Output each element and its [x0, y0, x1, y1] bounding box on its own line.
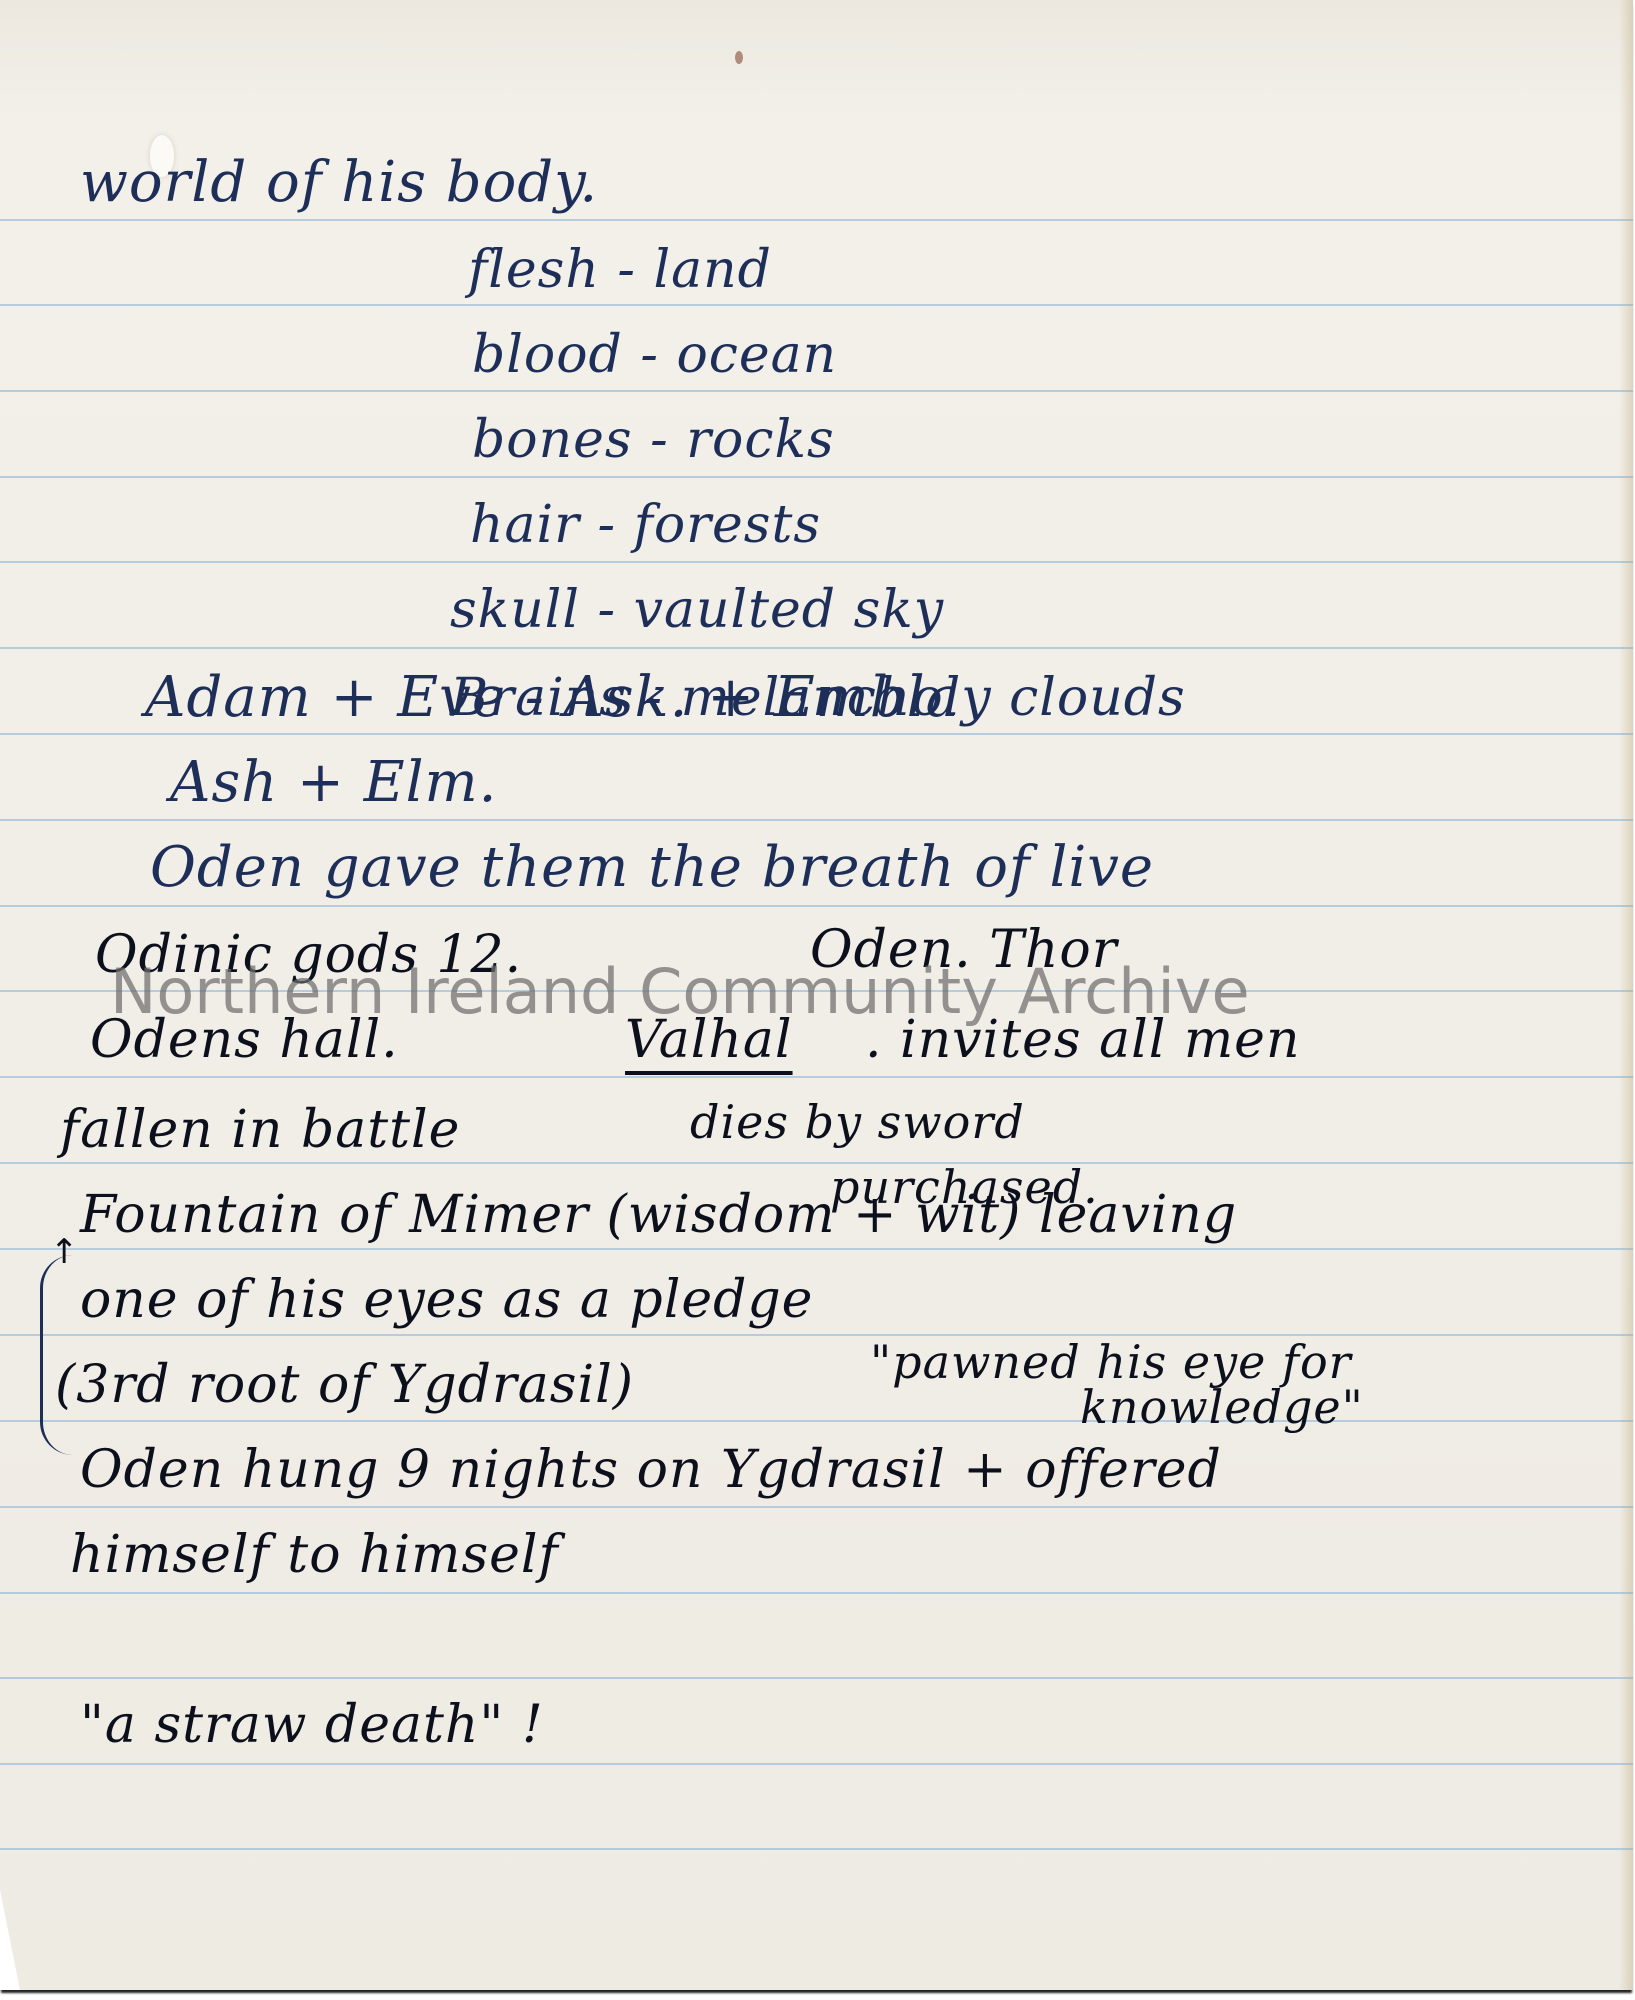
ruled-line	[0, 561, 1633, 563]
text-line: Oden hung 9 nights on Ygdrasil + offered	[80, 1440, 1222, 1500]
ruled-line	[0, 1420, 1633, 1422]
text-line: world of his body.	[80, 150, 598, 215]
ruled-line	[0, 1848, 1633, 1850]
ruled-line	[0, 1592, 1633, 1594]
ruled-line	[0, 390, 1633, 392]
ruled-line	[0, 1506, 1633, 1508]
ruled-line	[0, 1248, 1633, 1250]
ruled-line	[0, 1076, 1633, 1078]
archive-watermark: Northern Ireland Community Archive	[110, 955, 1250, 1028]
text-line: dies by sword	[690, 1095, 1025, 1149]
ruled-line	[0, 1677, 1633, 1679]
text-line: knowledge"	[1080, 1380, 1364, 1434]
ruled-line	[0, 476, 1633, 478]
torn-corner	[0, 1890, 20, 1990]
text-line: bones - rocks	[472, 410, 835, 470]
ruled-line	[0, 1162, 1633, 1164]
ruled-line	[0, 647, 1633, 649]
text-line: "a straw death" !	[80, 1695, 544, 1755]
ruled-line	[0, 733, 1633, 735]
text-line: hair - forests	[470, 495, 821, 555]
ruled-line	[0, 219, 1633, 221]
text-line: Fountain of Mimer (wisdom + wit) leaving	[80, 1185, 1237, 1245]
ruled-line	[0, 1763, 1633, 1765]
text-line: fallen in battle	[60, 1100, 460, 1160]
paper-stain	[735, 51, 743, 64]
text-line: skull - vaulted sky	[450, 580, 944, 640]
notebook-page: world of his body. flesh - land blood - …	[0, 0, 1633, 1990]
ruled-line	[0, 1334, 1633, 1336]
text-line: flesh - land	[468, 240, 772, 300]
text-line: one of his eyes as a pledge	[80, 1270, 813, 1330]
ruled-line	[0, 905, 1633, 907]
text-line: Oden gave them the breath of live	[150, 835, 1154, 900]
text-line: Adam + Eve - Ask. + Embla	[145, 665, 960, 730]
text-line: blood - ocean	[472, 325, 837, 385]
text-line: (3rd root of Ygdrasil)	[55, 1355, 634, 1415]
ruled-line	[0, 819, 1633, 821]
text-line: himself to himself	[70, 1525, 559, 1585]
text-line: Ash + Elm.	[170, 750, 497, 815]
ruled-line	[0, 304, 1633, 306]
